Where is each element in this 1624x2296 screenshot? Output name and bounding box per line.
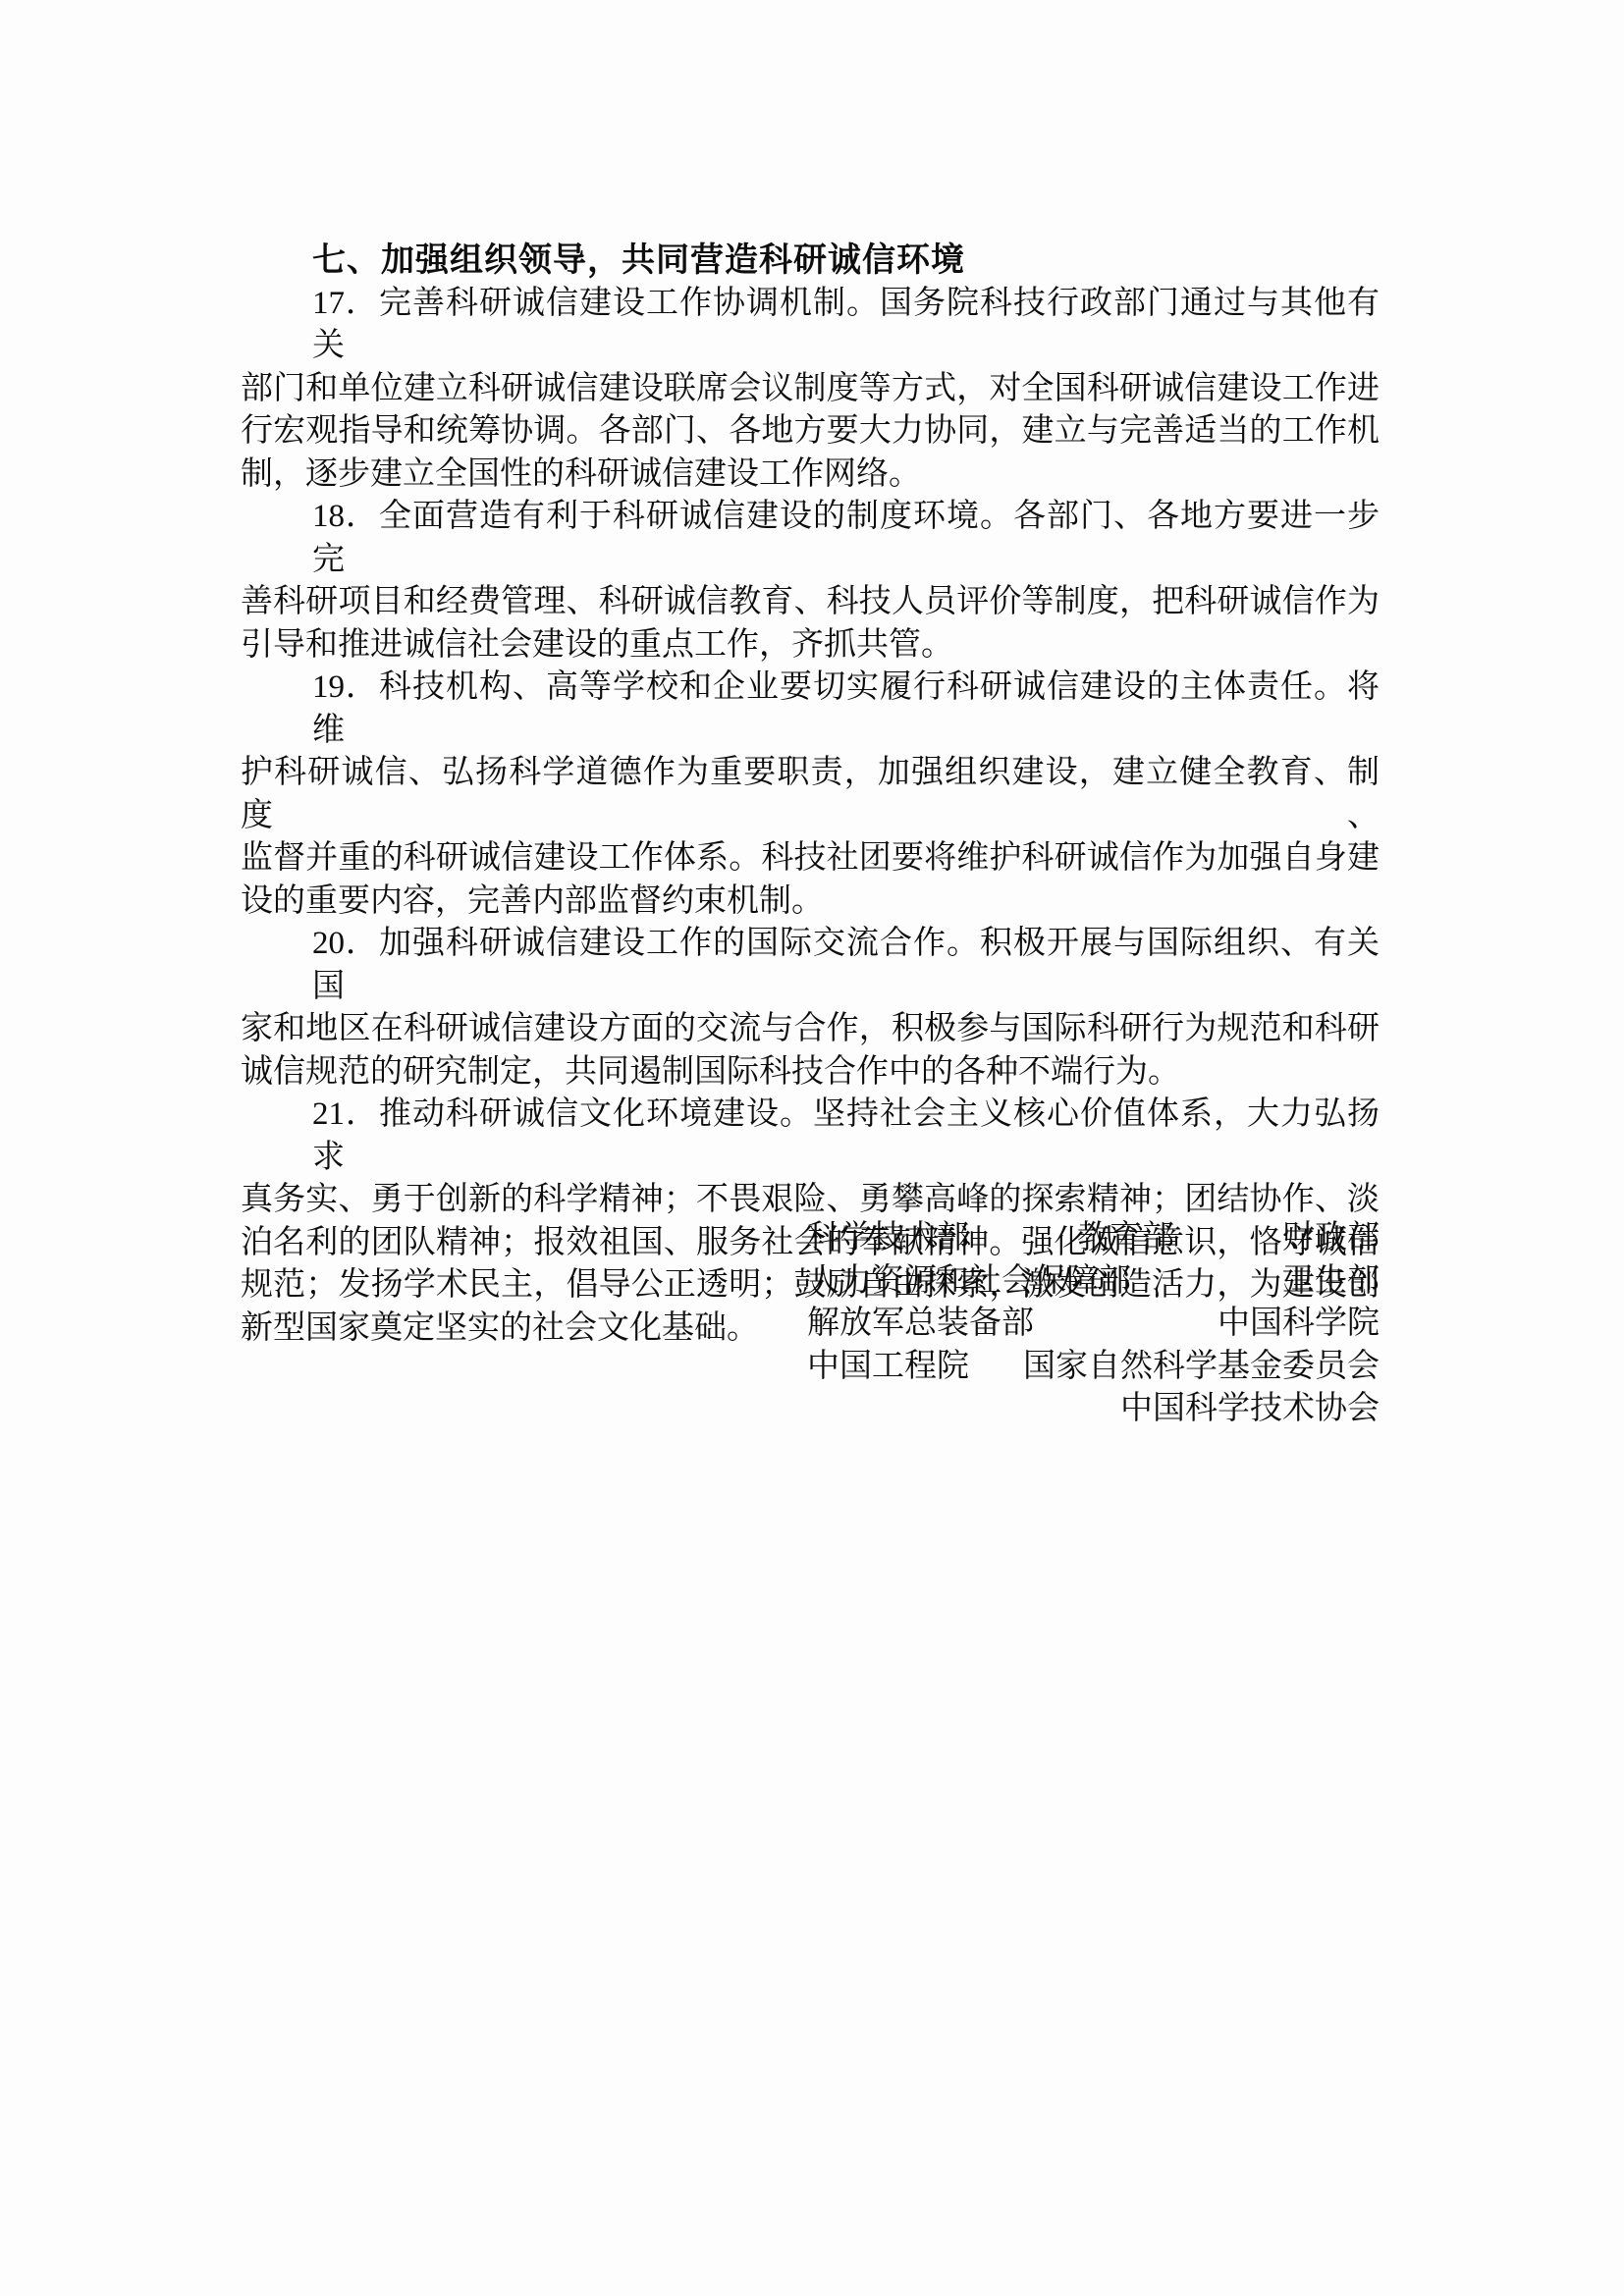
text-line: 设的重要内容，完善内部监督约束机制。 — [241, 881, 1380, 924]
paragraph-18: 18．全面营造有利于科研诚信建设的制度环境。各部门、各地方要进一步完 善科研项目… — [241, 496, 1380, 667]
signatory-name: 中国工程院 — [807, 1346, 969, 1389]
signatory-name: 人力资源和社会保障部 — [807, 1260, 1131, 1304]
paragraph-19: 19．科技机构、高等学校和企业要切实履行科研诚信建设的主体责任。将维 护科研诚信… — [241, 667, 1380, 923]
signatory-name: 教育部 — [1077, 1217, 1174, 1260]
text-line: 21．推动科研诚信文化环境建设。坚持社会主义核心价值体系，大力弘扬求 — [241, 1094, 1380, 1179]
signatory-name: 中国科学技术协会 — [1120, 1388, 1380, 1431]
signatory-name: 中国科学院 — [1218, 1303, 1380, 1346]
signature-row: 解放军总装备部 中国科学院 — [807, 1303, 1380, 1346]
text-line: 护科研诚信、弘扬科学道德作为重要职责，加强组织建设，建立健全教育、制度、 — [241, 752, 1380, 837]
text-line: 家和地区在科研诚信建设方面的交流与合作，积极参与国际科研行为规范和科研 — [241, 1008, 1380, 1051]
signature-row: 中国工程院 国家自然科学基金委员会 — [807, 1346, 1380, 1389]
text-line: 监督并重的科研诚信建设工作体系。科技社团要将维护科研诚信作为加强自身建 — [241, 837, 1380, 881]
text-line: 真务实、勇于创新的科学精神；不畏艰险、勇攀高峰的探索精神；团结协作、淡 — [241, 1179, 1380, 1222]
text-line: 部门和单位建立科研诚信建设联席会议制度等方式，对全国科研诚信建设工作进 — [241, 368, 1380, 411]
text-line: 17．完善科研诚信建设工作协调机制。国务院科技行政部门通过与其他有关 — [241, 283, 1380, 368]
text-line: 18．全面营造有利于科研诚信建设的制度环境。各部门、各地方要进一步完 — [241, 496, 1380, 581]
document-page: 七、加强组织领导，共同营造科研诚信环境 17．完善科研诚信建设工作协调机制。国务… — [0, 0, 1624, 2296]
document-body: 七、加强组织领导，共同营造科研诚信环境 17．完善科研诚信建设工作协调机制。国务… — [241, 240, 1380, 1350]
text-line: 善科研项目和经费管理、科研诚信教育、科技人员评价等制度，把科研诚信作为 — [241, 581, 1380, 624]
text-line: 20．加强科研诚信建设工作的国际交流合作。积极开展与国际组织、有关国 — [241, 923, 1380, 1008]
text-line: 行宏观指导和统筹协调。各部门、各地方要大力协同，建立与完善适当的工作机 — [241, 410, 1380, 454]
text-line: 制，逐步建立全国性的科研诚信建设工作网络。 — [241, 454, 1380, 497]
text-line: 19．科技机构、高等学校和企业要切实履行科研诚信建设的主体责任。将维 — [241, 667, 1380, 752]
signature-row: 人力资源和社会保障部 卫生部 — [807, 1260, 1380, 1304]
signatory-name: 财政部 — [1282, 1217, 1380, 1260]
signature-block: 科学技术部 教育部 财政部 人力资源和社会保障部 卫生部 解放军总装备部 中国科… — [807, 1217, 1380, 1431]
signatory-name: 国家自然科学基金委员会 — [1023, 1346, 1380, 1389]
text-line: 诚信规范的研究制定，共同遏制国际科技合作中的各种不端行为。 — [241, 1051, 1380, 1095]
signatory-name: 卫生部 — [1282, 1260, 1380, 1304]
signature-row: 中国科学技术协会 — [807, 1388, 1380, 1431]
signatory-name: 科学技术部 — [807, 1217, 969, 1260]
text-line: 引导和推进诚信社会建设的重点工作，齐抓共管。 — [241, 624, 1380, 667]
paragraph-17: 17．完善科研诚信建设工作协调机制。国务院科技行政部门通过与其他有关 部门和单位… — [241, 283, 1380, 497]
signature-row: 科学技术部 教育部 财政部 — [807, 1217, 1380, 1260]
signatory-name: 解放军总装备部 — [807, 1303, 1034, 1346]
paragraph-20: 20．加强科研诚信建设工作的国际交流合作。积极开展与国际组织、有关国 家和地区在… — [241, 923, 1380, 1094]
section-heading: 七、加强组织领导，共同营造科研诚信环境 — [241, 240, 1380, 283]
